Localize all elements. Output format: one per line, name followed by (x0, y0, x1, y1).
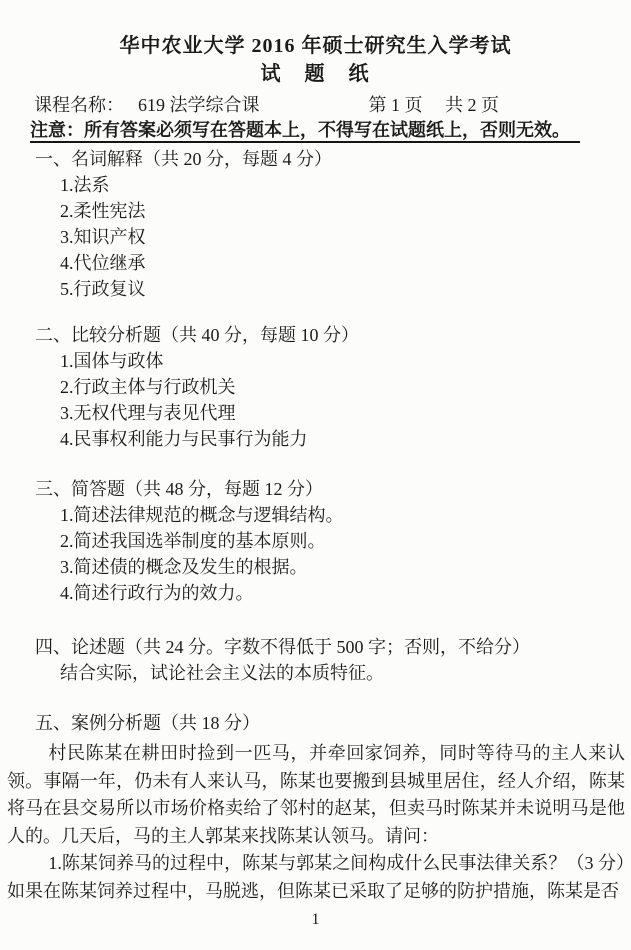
case-question: 1.陈某饲养马的过程中，陈某与郭某之间构成什么民事法律关系？（3 分）如果在陈某… (7, 850, 625, 905)
exam-item: 2.行政主体与行政机关 (28, 374, 603, 400)
notice-line: 注意：所有答案必须写在答题本上，不得写在试题纸上，否则无效。 (28, 118, 603, 142)
section-comparison: 二、比较分析题（共 40 分，每题 10 分） 1.国体与政体 2.行政主体与行… (28, 322, 603, 452)
exam-item: 3.无权代理与表见代理 (28, 400, 603, 426)
exam-item: 4.民事权利能力与民事行为能力 (28, 426, 603, 452)
exam-item: 5.行政复议 (28, 276, 603, 302)
course-label: 课程名称： (34, 94, 124, 116)
section-heading: 五、案例分析题（共 18 分） (28, 710, 603, 736)
exam-item: 2.柔性宪法 (28, 198, 603, 224)
section-terms: 一、名词解释（共 20 分，每题 4 分） 1.法系 2.柔性宪法 3.知识产权… (28, 146, 603, 302)
case-paragraph: 村民陈某在耕田时捡到一匹马，并牵回家饲养，同时等待马的主人来认领。事隔一年，仍未… (7, 740, 625, 850)
section-heading: 二、比较分析题（共 40 分，每题 10 分） (28, 322, 603, 348)
course-name: 619 法学综合课 (138, 94, 260, 116)
page-number: 1 (28, 910, 603, 930)
exam-item: 3.简述债的概念及发生的根据。 (28, 554, 603, 580)
exam-item: 结合实际，试论社会主义法的本质特征。 (28, 660, 603, 686)
exam-item: 3.知识产权 (28, 224, 603, 250)
exam-item: 1.简述法律规范的概念与逻辑结构。 (28, 502, 603, 528)
exam-item: 1.国体与政体 (28, 348, 603, 374)
exam-item: 2.简述我国选举制度的基本原则。 (28, 528, 603, 554)
case-body: 村民陈某在耕田时捡到一匹马，并牵回家饲养，同时等待马的主人来认领。事隔一年，仍未… (7, 740, 625, 906)
section-case-analysis: 五、案例分析题（共 18 分） 村民陈某在耕田时捡到一匹马，并牵回家饲养，同时等… (28, 710, 603, 906)
page-info: 第 1 页 共 2 页 (369, 94, 500, 116)
section-heading: 一、名词解释（共 20 分，每题 4 分） (28, 146, 603, 172)
exam-item: 4.代位继承 (28, 250, 603, 276)
exam-item: 1.法系 (28, 172, 603, 198)
section-short-answer: 三、简答题（共 48 分，每题 12 分） 1.简述法律规范的概念与逻辑结构。 … (28, 476, 603, 606)
notice-text: 注意：所有答案必须写在答题本上，不得写在试题纸上，否则无效。 (30, 120, 580, 143)
exam-item: 4.简述行政行为的效力。 (28, 580, 603, 606)
section-heading: 四、论述题（共 24 分。字数不得低于 500 字；否则，不给分） (28, 634, 603, 660)
page-title: 华中农业大学 2016 年硕士研究生入学考试 (28, 34, 603, 58)
course-row: 课程名称： 619 法学综合课 第 1 页 共 2 页 (28, 94, 603, 116)
page-subtitle: 试 题 纸 (28, 62, 603, 86)
section-heading: 三、简答题（共 48 分，每题 12 分） (28, 476, 603, 502)
section-essay: 四、论述题（共 24 分。字数不得低于 500 字；否则，不给分） 结合实际，试… (28, 634, 603, 686)
exam-paper-page: 华中农业大学 2016 年硕士研究生入学考试 试 题 纸 课程名称： 619 法… (0, 0, 631, 950)
